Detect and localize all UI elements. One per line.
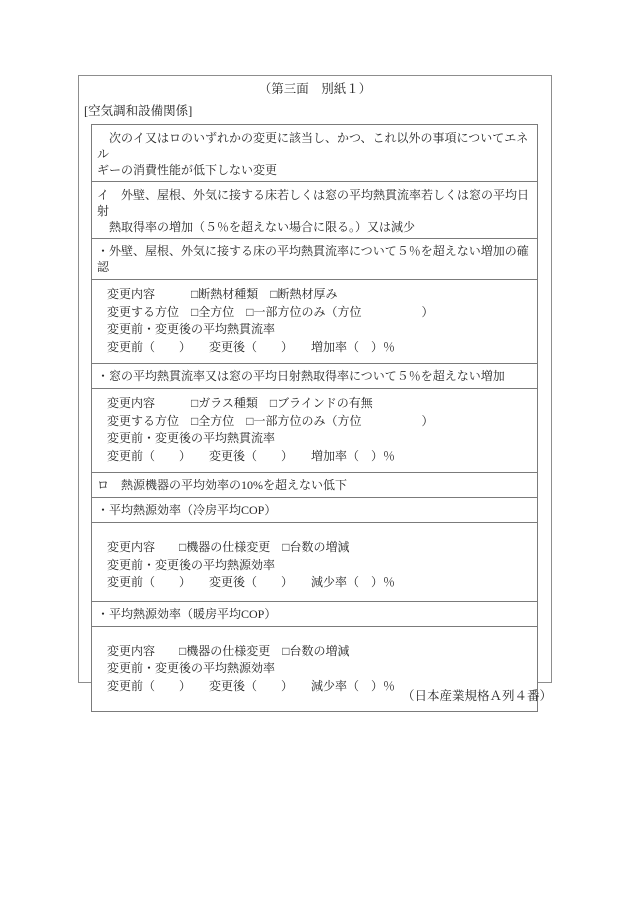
glass-type-label: ガラス種類	[198, 395, 258, 413]
cooling-equipment-spec-label: 機器の仕様変更	[186, 539, 270, 557]
blinds-label: ブラインドの有無	[277, 395, 373, 413]
cooling-cop-heading-row: ・平均熱源効率（冷房平均COP）	[92, 498, 537, 523]
change-content-label: 変更内容	[107, 643, 179, 661]
change-direction-label: 変更する方位	[107, 304, 191, 322]
cooling-unit-count-label: 台数の増減	[290, 539, 350, 557]
change-content-label: 変更内容	[107, 539, 179, 557]
window-values-line: 変更前（ ） 変更後（ ） 増加率（ ）％	[107, 448, 533, 466]
cooling-unit-count-option: □台数の増減	[282, 539, 349, 557]
cooling-unit-count-checkbox: □	[282, 539, 289, 557]
cooling-equipment-spec-checkbox: □	[179, 539, 186, 557]
blinds-option: □ブラインドの有無	[270, 395, 373, 413]
window-heading-row: ・窓の平均熱貫流率又は窓の平均日射熱取得率について５％を超えない増加	[92, 364, 537, 389]
intro-line-2: ギーの消費性能が低下しない変更	[97, 162, 533, 178]
window-partial-directions-option: □一部方位のみ（方位 ）	[246, 413, 433, 431]
heating-unit-count-option: □台数の増減	[282, 643, 349, 661]
floor-partial-directions-option: □一部方位のみ（方位 ）	[246, 304, 433, 322]
heating-equipment-spec-label: 機器の仕様変更	[186, 643, 270, 661]
window-before-after-caption: 変更前・変更後の平均熱貫流率	[107, 430, 533, 448]
item-i-line-1: イ 外壁、屋根、外気に接する床若しくは窓の平均熱貫流率若しくは窓の平均日射	[97, 187, 533, 219]
floor-values-line: 変更前（ ） 変更後（ ） 増加率（ ）％	[107, 339, 533, 357]
insulation-thickness-label: 断熱材厚み	[278, 286, 338, 304]
heating-unit-count-label: 台数の増減	[290, 643, 350, 661]
heating-unit-count-checkbox: □	[282, 643, 289, 661]
cooling-equipment-spec-option: □機器の仕様変更	[179, 539, 270, 557]
heating-equipment-spec-checkbox: □	[179, 643, 186, 661]
window-change-block: 変更内容 □ガラス種類 □ブラインドの有無 変更する方位 □全方位 □一部方位の…	[92, 389, 537, 473]
change-items-table: 次のイ又はロのいずれかの変更に該当し、かつ、これ以外の事項についてエネル ギーの…	[91, 124, 538, 712]
intro-row: 次のイ又はロのいずれかの変更に該当し、かつ、これ以外の事項についてエネル ギーの…	[92, 125, 537, 182]
floor-all-directions-label: 全方位	[198, 304, 234, 322]
change-content-label: 変更内容	[107, 286, 191, 304]
cooling-change-block: 変更内容 □機器の仕様変更 □台数の増減 変更前・変更後の平均熱源効率 変更前（…	[92, 523, 537, 602]
window-all-directions-option: □全方位	[191, 413, 234, 431]
section-label: [空気調和設備関係]	[84, 103, 551, 119]
form-sheet: （第三面 別紙１） [空気調和設備関係] 次のイ又はロのいずれかの変更に該当し、…	[78, 75, 552, 683]
glass-type-option: □ガラス種類	[191, 395, 258, 413]
cooling-values-line: 変更前（ ） 変更後（ ） 減少率（ ）％	[107, 574, 533, 592]
heating-change-content-line: 変更内容 □機器の仕様変更 □台数の増減	[107, 643, 533, 661]
insulation-type-label: 断熱材種類	[198, 286, 258, 304]
floor-change-content-line: 変更内容 □断熱材種類 □断熱材厚み	[107, 286, 533, 304]
item-i-row: イ 外壁、屋根、外気に接する床若しくは窓の平均熱貫流率若しくは窓の平均日射 熱取…	[92, 182, 537, 239]
glass-type-checkbox: □	[191, 395, 198, 413]
blinds-checkbox: □	[270, 395, 277, 413]
window-change-content-line: 変更内容 □ガラス種類 □ブラインドの有無	[107, 395, 533, 413]
insulation-thickness-option: □断熱材厚み	[270, 286, 337, 304]
paper-size-note: （日本産業規格Ａ列４番）	[402, 688, 552, 704]
floor-all-directions-option: □全方位	[191, 304, 234, 322]
window-direction-line: 変更する方位 □全方位 □一部方位のみ（方位 ）	[107, 413, 533, 431]
insulation-type-checkbox: □	[191, 286, 198, 304]
item-i-line-2: 熱取得率の増加（５％を超えない場合に限る。）又は減少	[97, 219, 533, 235]
floor-all-directions-checkbox: □	[191, 304, 198, 322]
window-partial-directions-checkbox: □	[246, 413, 253, 431]
document-page: （第三面 別紙１） [空気調和設備関係] 次のイ又はロのいずれかの変更に該当し、…	[0, 0, 630, 903]
insulation-thickness-checkbox: □	[270, 286, 277, 304]
cooling-change-content-line: 変更内容 □機器の仕様変更 □台数の増減	[107, 539, 533, 557]
change-content-label: 変更内容	[107, 395, 191, 413]
insulation-type-option: □断熱材種類	[191, 286, 258, 304]
floor-heading-row: ・外壁、屋根、外気に接する床の平均熱貫流率について５％を超えない増加の確認	[92, 239, 537, 280]
cooling-before-after-caption: 変更前・変更後の平均熱源効率	[107, 557, 533, 575]
floor-direction-line: 変更する方位 □全方位 □一部方位のみ（方位 ）	[107, 304, 533, 322]
heating-before-after-caption: 変更前・変更後の平均熱源効率	[107, 660, 533, 678]
intro-line-1: 次のイ又はロのいずれかの変更に該当し、かつ、これ以外の事項についてエネル	[97, 130, 533, 162]
window-partial-directions-label: 一部方位のみ（方位 ）	[254, 413, 434, 431]
change-direction-label: 変更する方位	[107, 413, 191, 431]
window-all-directions-label: 全方位	[198, 413, 234, 431]
floor-before-after-caption: 変更前・変更後の平均熱貫流率	[107, 321, 533, 339]
floor-change-block: 変更内容 □断熱材種類 □断熱材厚み 変更する方位 □全方位 □一部方位のみ（方…	[92, 280, 537, 364]
window-all-directions-checkbox: □	[191, 413, 198, 431]
page-title: （第三面 別紙１）	[79, 81, 551, 97]
heating-equipment-spec-option: □機器の仕様変更	[179, 643, 270, 661]
heating-cop-heading-row: ・平均熱源効率（暖房平均COP）	[92, 602, 537, 627]
item-ro-row: ロ 熱源機器の平均効率の10%を超えない低下	[92, 473, 537, 498]
floor-partial-directions-checkbox: □	[246, 304, 253, 322]
floor-partial-directions-label: 一部方位のみ（方位 ）	[254, 304, 434, 322]
